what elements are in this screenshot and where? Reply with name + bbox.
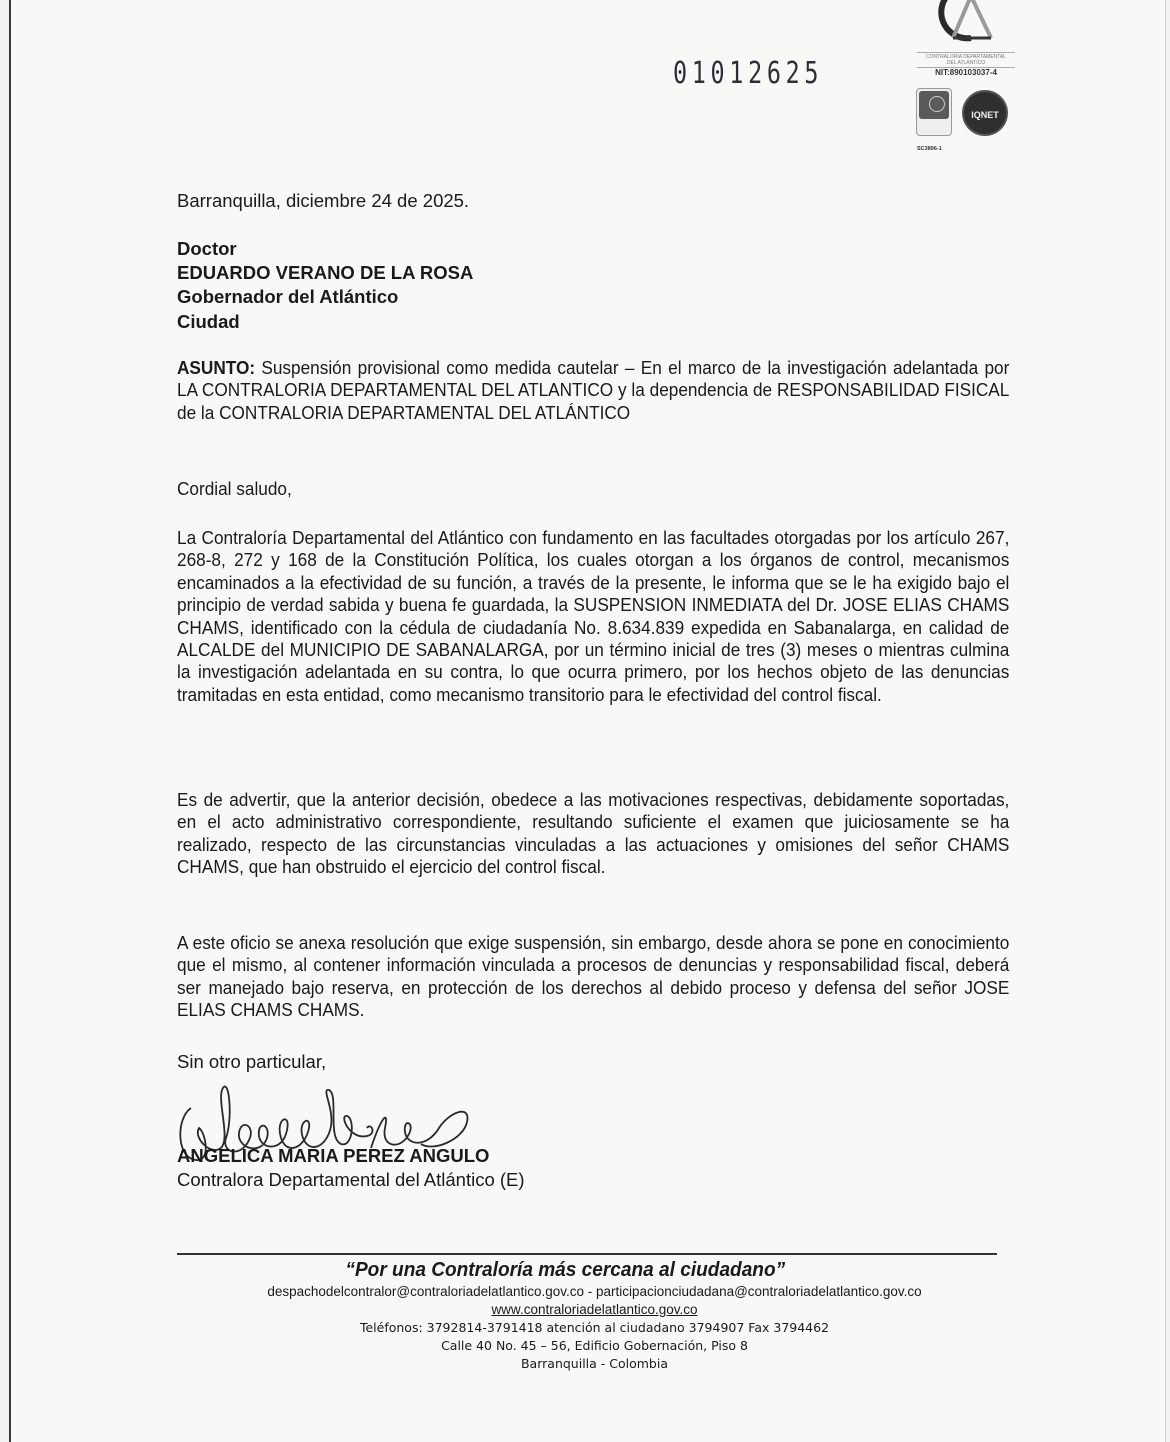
subject-block: ASUNTO: Suspensión provisional como medi…	[177, 357, 1009, 424]
nit-label: NIT:890103037-4	[911, 68, 1021, 77]
recipient-salutation: Doctor	[177, 237, 1009, 261]
logo-caption: CONTRALORÍA DEPARTAMENTAL DEL ATLÁNTICO	[917, 52, 1015, 68]
footer-phones: Teléfonos: 3792814-3791418 atención al c…	[177, 1320, 1012, 1335]
iqnet-certification-icon: IQNET	[962, 90, 1008, 136]
closing-phrase: Sin otro particular,	[177, 1051, 1009, 1073]
footer-city: Barranquilla - Colombia	[177, 1356, 1012, 1371]
body-paragraph: Es de advertir, que la anterior decisión…	[177, 789, 1009, 879]
footer-emails: despachodelcontralor@contraloriadelatlan…	[177, 1284, 1012, 1299]
subject-label: ASUNTO:	[177, 357, 255, 378]
footer-divider	[177, 1253, 997, 1255]
radicado-number: 01012625	[673, 56, 823, 91]
contraloria-logo-block: CONTRALORÍA DEPARTAMENTAL DEL ATLÁNTICO …	[911, 0, 1021, 160]
letter-date: Barranquilla, diciembre 24 de 2025.	[177, 190, 1009, 212]
recipient-city: Ciudad	[177, 310, 1009, 334]
signer-name: ANGELICA MARIA PEREZ ANGULO	[177, 1145, 489, 1167]
icontec-certification-icon	[916, 88, 952, 136]
footer-website-link[interactable]: www.contraloriadelatlantico.gov.co	[177, 1302, 1012, 1317]
letter-page: 01012625 CONTRALORÍA DEPARTAMENTAL DEL A…	[9, 0, 1166, 1442]
body-paragraph: A este oficio se anexa resolución que ex…	[177, 932, 1009, 1022]
greeting: Cordial saludo,	[177, 478, 1009, 500]
recipient-title: Gobernador del Atlántico	[177, 285, 1009, 309]
footer-slogan: “Por una Contraloría más cercana al ciud…	[177, 1258, 954, 1282]
subject-text: Suspensión provisional como medida caute…	[177, 357, 1009, 423]
contraloria-logo-icon	[931, 0, 1001, 44]
body-paragraph: La Contraloría Departamental del Atlánti…	[177, 527, 1009, 706]
signer-title: Contralora Departamental del Atlántico (…	[177, 1169, 525, 1191]
recipient-block: Doctor EDUARDO VERANO DE LA ROSA Goberna…	[177, 237, 1009, 334]
certification-code: SC3896-1	[917, 146, 942, 152]
recipient-name: EDUARDO VERANO DE LA ROSA	[177, 261, 1009, 285]
footer-address: Calle 40 No. 45 – 56, Edificio Gobernaci…	[177, 1338, 1012, 1353]
